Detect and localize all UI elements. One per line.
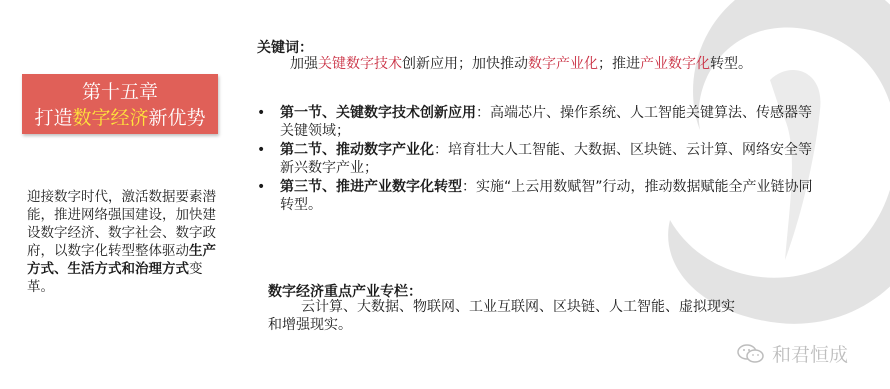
section-list: •第一节、关键数字技术创新应用：高端芯片、操作系统、人工智能关键算法、传感器等关… xyxy=(257,104,817,215)
bullet-icon: • xyxy=(257,141,265,159)
bullet-icon: • xyxy=(257,178,265,196)
wechat-icon xyxy=(736,342,766,366)
watermark-text: 和君恒成 xyxy=(772,340,848,367)
keyword-highlight: 数字产业化 xyxy=(528,56,598,72)
watermark: 和君恒成 xyxy=(736,340,848,367)
keyword-highlight: 关键数字技术 xyxy=(318,56,402,72)
keyword-text: 转型。 xyxy=(710,56,752,72)
keyword-text: 加强 xyxy=(290,56,318,72)
section-title: 第一节、关键数字技术创新应用 xyxy=(280,105,476,121)
section-colon: ： xyxy=(434,142,448,158)
section-title: 第三节、推进产业数字化转型 xyxy=(280,179,462,195)
bullet-icon: • xyxy=(257,104,265,122)
section-item-2: •第二节、推动数字产业化：培育壮大人工智能、大数据、区块链、云计算、网络安全等新… xyxy=(257,141,817,177)
keyword-text: 创新应用；加快推动 xyxy=(402,56,528,72)
section-colon: ： xyxy=(476,105,490,121)
chapter-subtitle-pre: 打造 xyxy=(34,107,72,129)
chapter-description: 迎接数字时代，激活数据要素潜能，推进网络强国建设，加快建设数字经济、数字社会、数… xyxy=(27,188,219,296)
description-text: 迎接数字时代，激活数据要素潜能，推进网络强国建设，加快建设数字经济、数字社会、数… xyxy=(27,189,216,259)
slide: 第十五章 打造数字经济新优势 迎接数字时代，激活数据要素潜能，推进网络强国建设，… xyxy=(0,0,890,389)
keyword-text: ；推进 xyxy=(598,56,640,72)
chapter-subtitle-highlight: 数字经济 xyxy=(72,107,148,129)
keyword-highlight: 产业数字化 xyxy=(640,56,710,72)
section-item-1: •第一节、关键数字技术创新应用：高端芯片、操作系统、人工智能关键算法、传感器等关… xyxy=(257,104,817,140)
industry-column-body: 云计算、大数据、物联网、工业互联网、区块链、人工智能、虚拟现实和增强现实。 xyxy=(268,298,738,334)
chapter-title-box: 第十五章 打造数字经济新优势 xyxy=(22,74,218,134)
chapter-number: 第十五章 xyxy=(22,79,218,105)
chapter-subtitle-post: 新优势 xyxy=(149,107,206,129)
keywords-line: 加强关键数字技术创新应用；加快推动数字产业化；推进产业数字化转型。 xyxy=(290,53,752,73)
section-title: 第二节、推动数字产业化 xyxy=(280,142,434,158)
chapter-subtitle: 打造数字经济新优势 xyxy=(22,105,218,131)
section-colon: ： xyxy=(462,179,476,195)
section-item-3: •第三节、推进产业数字化转型：实施“上云用数赋智”行动，推动数据赋能全产业链协同… xyxy=(257,178,817,214)
